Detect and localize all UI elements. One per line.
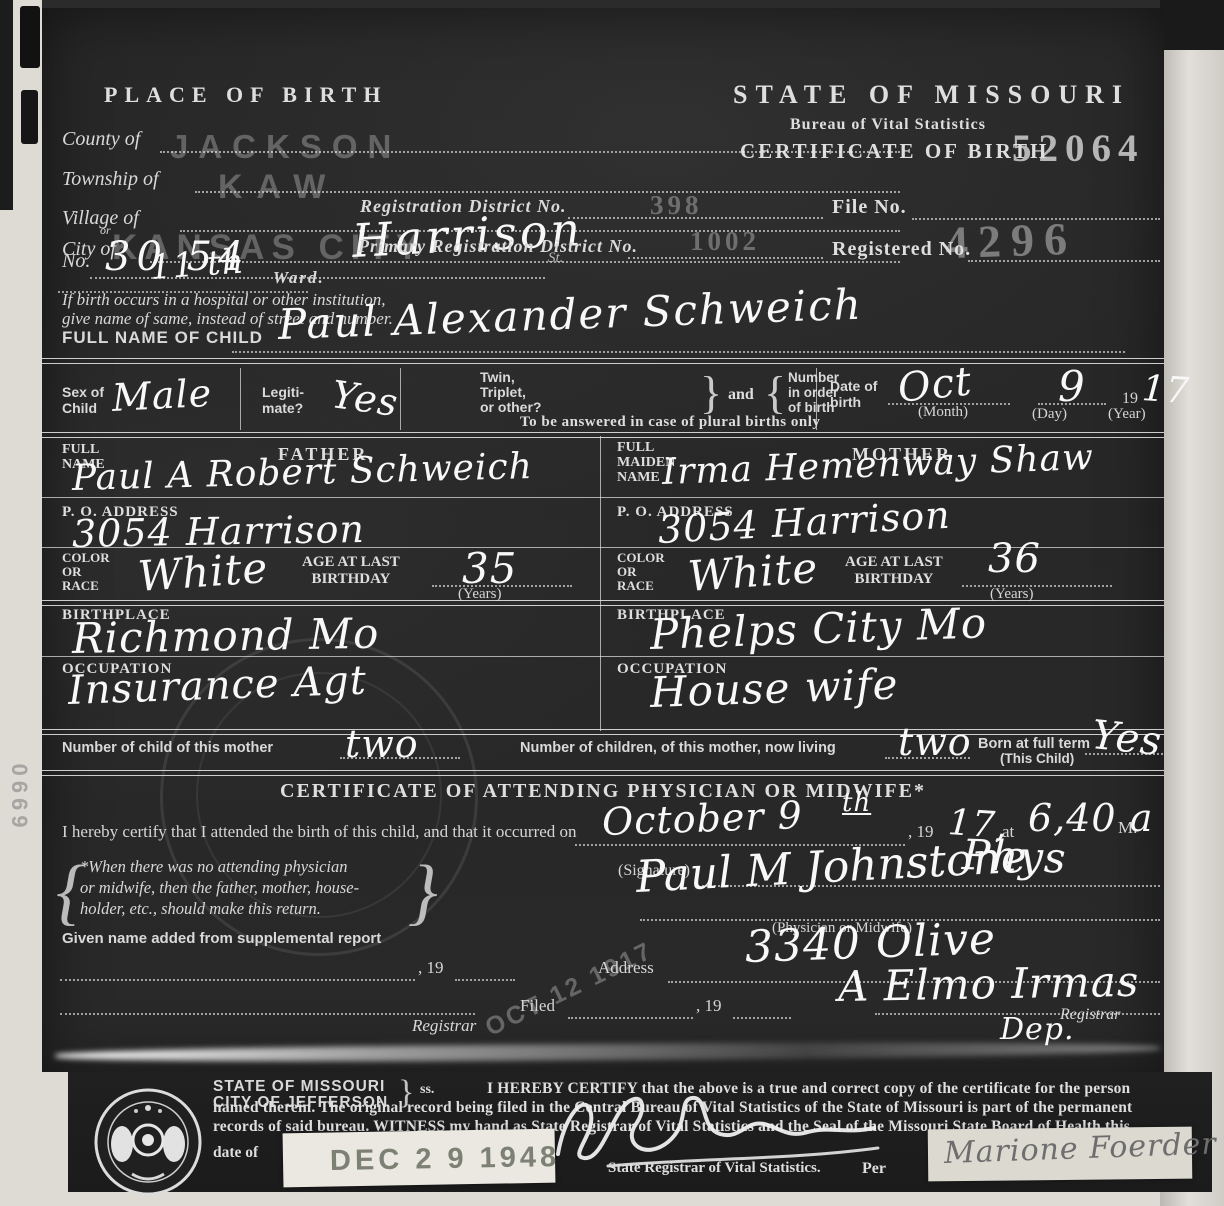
sex-label: Sex of Child	[62, 384, 104, 416]
mother-birthplace-line	[600, 656, 1164, 657]
physician-certify-text: I hereby certify that I attended the bir…	[62, 822, 577, 842]
filed-label: Filed	[520, 996, 555, 1016]
plural-note: To be answered in case of plural births …	[520, 414, 820, 431]
father-color-handwriting: White	[136, 543, 269, 601]
mother-address-line	[600, 547, 1164, 548]
children-count-line	[340, 756, 460, 759]
physician-m-label: M.	[1118, 818, 1137, 838]
full-term-line	[1085, 752, 1163, 755]
birth-certificate-scan: 6990 JACKSON KAW KANSAS CITY 398 1002 52…	[0, 0, 1224, 1206]
rule-below-color-row	[42, 600, 1164, 606]
supplemental-year-line	[455, 978, 515, 981]
sex-handwriting: Male	[111, 371, 213, 420]
right-margin	[1160, 0, 1224, 1206]
registrar-label: Registrar	[412, 1016, 476, 1036]
day-label: (Day)	[1032, 406, 1067, 423]
primary-district-line	[628, 256, 823, 259]
phys-annotation: Phys	[961, 830, 1067, 883]
divider-date	[816, 368, 817, 430]
children-living-line	[885, 756, 970, 759]
note-brace-right: }	[408, 850, 438, 935]
full-term-label: Born at full term	[978, 736, 1090, 752]
deputy-registrar-signature: A Elmo Irmas	[838, 957, 1140, 1011]
full-term-sublabel: (This Child)	[1000, 751, 1074, 766]
per-label: Per	[862, 1160, 886, 1178]
film-blob-2	[20, 6, 40, 68]
no-physician-note: *When there was no attending physician o…	[80, 856, 359, 919]
parents-divider	[600, 436, 601, 731]
father-age-label: AGE AT LAST BIRTHDAY	[302, 554, 400, 588]
rule-below-sex-row	[42, 432, 1164, 438]
filed-year-line	[733, 1016, 791, 1019]
date-of-label: date of	[213, 1144, 258, 1162]
primary-district-label: Primary Registration District No.	[358, 236, 638, 257]
filed-year-blank: , 19	[696, 996, 722, 1016]
township-label: Township of	[62, 168, 159, 191]
street-no-label: No.	[62, 250, 90, 273]
county-label: County of	[62, 128, 140, 151]
rule-below-occupation	[42, 729, 1164, 735]
mother-color-label: COLOR OR RACE	[617, 551, 665, 593]
state-title: STATE OF MISSOURI	[733, 80, 1130, 110]
file-no-label: File No.	[832, 196, 907, 219]
ward-handwriting: 11 th	[149, 241, 246, 288]
mother-age-label: AGE AT LAST BIRTHDAY	[845, 554, 943, 588]
rule-below-children-row	[42, 770, 1164, 776]
father-name-line	[42, 497, 600, 498]
registration-district-line	[568, 216, 823, 219]
dob-year-handwriting: 17	[1141, 368, 1192, 412]
county-line	[160, 150, 900, 153]
mother-color-handwriting: White	[686, 543, 819, 601]
county-stamp: JACKSON	[170, 128, 401, 166]
township-line	[195, 190, 900, 193]
registrar-line	[60, 1012, 475, 1015]
city-line	[150, 260, 900, 263]
ss-label: ss.	[420, 1082, 434, 1098]
supplemental-year-blank: , 19	[418, 958, 444, 978]
missouri-state-seal	[92, 1086, 204, 1198]
dob-day-line	[1038, 402, 1106, 405]
place-of-birth-title: PLACE OF BIRTH	[104, 82, 387, 108]
children-count-handwriting: two	[345, 722, 419, 766]
father-birthplace-handwriting: Richmond Mo	[72, 609, 380, 663]
registered-no-label: Registered No.	[832, 238, 971, 261]
full-term-handwriting: Yes	[1090, 712, 1165, 765]
bureau-subtitle: Bureau of Vital Statistics	[790, 116, 986, 134]
date-stamp: DEC 2 9 1948	[330, 1141, 561, 1178]
brace-open: {	[764, 366, 786, 419]
township-stamp: KAW	[218, 168, 339, 207]
mother-age-line	[962, 584, 1112, 587]
child-name-line	[232, 350, 1125, 353]
address-label: Address	[598, 958, 654, 978]
brace-close: }	[700, 366, 722, 419]
supplemental-label: Given name added from supplemental repor…	[62, 930, 381, 947]
film-edge-corner	[1160, 0, 1224, 50]
father-birthplace-line	[42, 656, 600, 657]
and-label: and	[728, 386, 754, 404]
physician-date-handwriting: October 9	[601, 793, 803, 844]
deputy-registrar-label: Registrar	[1060, 1006, 1120, 1024]
ward-label: Ward.	[273, 268, 325, 288]
rule-above-sex-row	[42, 358, 1164, 364]
file-no-line	[912, 217, 1160, 220]
supplemental-line-1	[60, 978, 415, 981]
month-label: (Month)	[918, 404, 968, 421]
divider-sex	[240, 368, 241, 430]
mother-occupation-handwriting: House wife	[649, 659, 899, 717]
children-count-label: Number of child of this mother	[62, 740, 273, 756]
registered-no-line	[968, 259, 1160, 262]
mother-age-handwriting: 36	[988, 536, 1041, 582]
child-name-label: FULL NAME OF CHILD	[62, 328, 263, 348]
registration-district-label: Registration District No.	[360, 196, 567, 217]
divider-legitimate	[400, 368, 401, 430]
children-living-label: Number of children, of this mother, now …	[520, 740, 836, 756]
father-age-line	[432, 584, 572, 587]
state-registrar-title: State Registrar of Vital Statistics.	[608, 1160, 821, 1177]
filed-line	[568, 1016, 693, 1019]
father-color-label: COLOR OR RACE	[62, 551, 110, 593]
dob-label: Date of birth	[830, 378, 877, 410]
film-blob-3	[21, 90, 38, 144]
legitimate-handwriting: Yes	[329, 372, 401, 425]
year-label: (Year)	[1108, 406, 1146, 423]
physician-date-suffix: th	[842, 788, 871, 818]
legitimate-label: Legiti- mate?	[262, 384, 304, 416]
twin-label: Twin, Triplet, or other?	[480, 370, 541, 415]
film-blob-1	[0, 0, 13, 210]
film-number: 6990	[7, 759, 33, 828]
